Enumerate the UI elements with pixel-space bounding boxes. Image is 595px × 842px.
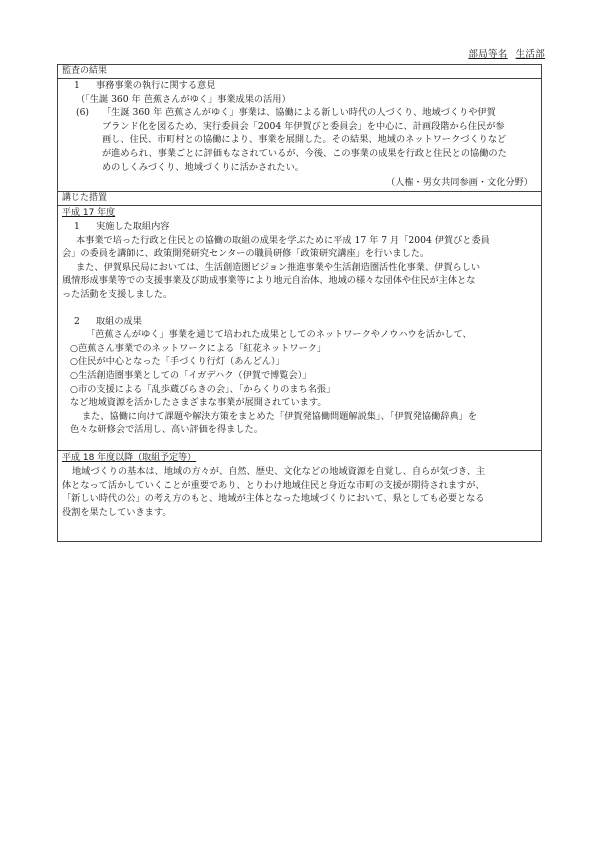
field-note: （人権・男女共同参画・文化分野） [62,176,537,190]
audit-subtitle: （「生誕 360 年 芭蕉さんがゆく」事業成果の活用） [62,93,537,107]
fy18-heading: 平成 18 年度以降（取組予定等） [58,450,541,465]
text-line: また、協働に向けて課題や解決方策をまとめた「伊賀発協働問題解説集」、「伊賀発協働… [62,410,537,424]
result-bullet: ○市の支援による「乱歩蔵びらきの会」、「からくりのまち名張」 [62,383,537,397]
audit-result-body: 1 事務事業の執行に関する意見 （「生誕 360 年 芭蕉さんがゆく」事業成果の… [58,79,541,192]
measures-heading: 講じた措置 [58,192,541,206]
result-bullet: ○生活創造圏事業としての「イガデハク（伊賀で博覧会）」 [62,369,537,383]
audit-line: が進められ、事業ごとに評価もなされているが、今後、この事業の成果を行政と住民との… [102,147,537,161]
report-table: 監査の結果 1 事務事業の執行に関する意見 （「生誕 360 年 芭蕉さんがゆく… [57,64,542,542]
text-line: また、伊賀県民局においては、生活創造圏ビジョン推進事業や生活創造圏活性化事業、伊… [62,261,537,275]
text-line: など地域資源を活かしたさまざまな事業が展開されています。 [62,396,537,410]
dept-label: 部局等名 [468,49,507,60]
measure-item-1-number: 1 [74,220,96,234]
fy17-heading: 平成 17 年度 [62,207,537,220]
measures-body: 平成 17 年度 1 実施した取組内容 本事業で培った行政と住民との協働の取組の… [58,207,541,541]
measure-item-2-heading: 2 取組の成果 [62,315,537,329]
audit-result-heading: 監査の結果 [58,65,541,79]
audit-line: 画し、住民、市町村との協働により、事業を展開した。その結果、地域のネットワークづ… [102,133,537,147]
text-line: 役割を果たしていきます。 [62,506,537,520]
future-plan: 地域づくりの基本は、地域の方々が、自然、歴史、文化などの地域資源を自覚し、自らが… [62,465,537,539]
audit-item-title: 事務事業の執行に関する意見 [96,79,215,93]
audit-item-number: 1 [74,79,96,93]
audit-opinion: (6) 「生誕 360 年 芭蕉さんがゆく」事業は、協働による新しい時代の人づく… [62,106,537,174]
text-line: 会」の委員を講師に、政策開発研究センターの職員研修「政策研究講座」を行いました。 [62,247,537,261]
measure-item-1-title: 実施した取組内容 [96,220,170,234]
measure-item-2-title: 取組の成果 [96,315,142,329]
audit-line: めのしくみづくり、地域づくりに活かされたい。 [102,161,537,175]
measure-item-2-number: 2 [74,315,96,329]
text-line: 体となって活かしていくことが重要であり、とりわけ地域住民と身近な市町の支援が期待… [62,479,537,493]
text-line: った活動を支援しました。 [62,288,537,302]
measure-item-1-heading: 1 実施した取組内容 [62,220,537,234]
text-line: 色々な研修会で活用し、高い評価を得ました。 [62,423,537,437]
audit-item-heading: 1 事務事業の執行に関する意見 [62,79,537,93]
dept-value: 生活部 [516,49,545,60]
text-line: 風情形成事業等での支援事業及び助成事業等により地元自治体、地域の様々な団体や住民… [62,274,537,288]
result-bullet: ○芭蕉さん事業でのネットワークによる「紅花ネットワーク」 [62,342,537,356]
audit-line: 「生誕 360 年 芭蕉さんがゆく」事業は、協働による新しい時代の人づくり、地域… [102,106,537,120]
audit-sub-number: (6) [76,106,102,174]
text-line: 本事業で培った行政と住民との協働の取組の成果を学ぶために平成 17 年 7 月「… [62,234,537,248]
text-line: 「新しい時代の公」の考え方のもと、地域が主体となった地域づくりにおいて、県として… [62,492,537,506]
audit-line: ブランド化を図るため、実行委員会「2004 年伊賀びと委員会」を中心に、計画段階… [102,120,537,134]
text-line: 地域づくりの基本は、地域の方々が、自然、歴史、文化などの地域資源を自覚し、自らが… [62,465,537,479]
result-bullet: ○住民が中心となった「手づくり行灯（あんどん）」 [62,355,537,369]
department-label: 部局等名生活部 [468,48,545,62]
text-line: 「芭蕉さんがゆく」事業を通じて培われた成果としてのネットワークやノウハウを活かし… [62,328,537,342]
